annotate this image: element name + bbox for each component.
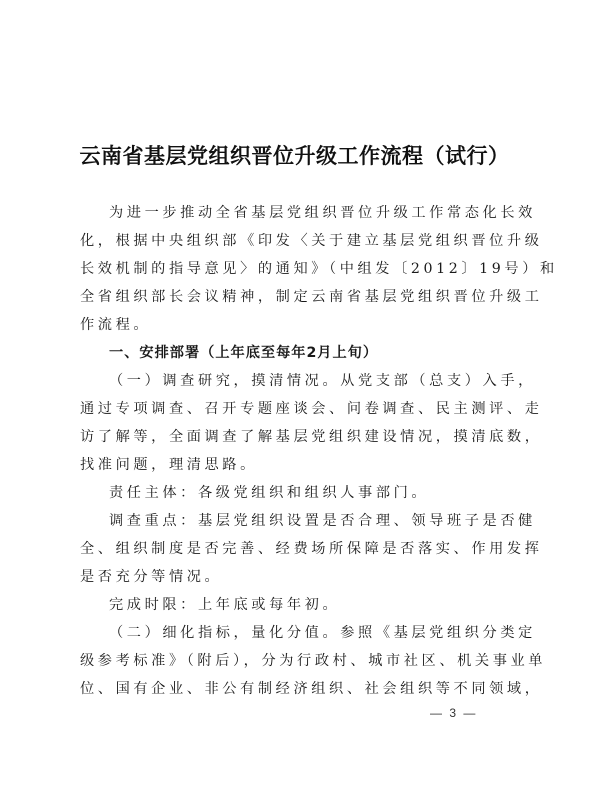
paragraph-line: 作流程。 bbox=[80, 316, 510, 334]
section-heading: 一、安排部署（上年底至每年2月上旬） bbox=[109, 344, 539, 362]
paragraph-line: 化，根据中央组织部《印发〈关于建立基层党组织晋位升级 bbox=[80, 232, 510, 250]
paragraph-line: 级参考标准》（附后），分为行政村、城市社区、机关事业单 bbox=[80, 652, 510, 670]
paragraph-line: 责任主体：各级党组织和组织人事部门。 bbox=[109, 484, 539, 502]
paragraph-line: 全省组织部长会议精神，制定云南省基层党组织晋位升级工 bbox=[80, 288, 510, 306]
paragraph-line: 通过专项调查、召开专题座谈会、问卷调查、民主测评、走 bbox=[80, 400, 510, 418]
paragraph-line: 为进一步推动全省基层党组织晋位升级工作常态化长效 bbox=[109, 204, 539, 222]
paragraph-line: 调查重点：基层党组织设置是否合理、领导班子是否健 bbox=[109, 512, 539, 530]
page-number: — 3 — bbox=[430, 706, 477, 720]
paragraph-line: 位、国有企业、非公有制经济组织、社会组织等不同领域， bbox=[80, 680, 510, 698]
paragraph-line: （一）调查研究，摸清情况。从党支部（总支）入手， bbox=[109, 372, 539, 390]
paragraph-line: 找准问题，理清思路。 bbox=[80, 456, 510, 474]
paragraph-line: 长效机制的指导意见〉的通知》（中组发〔2012〕19号）和 bbox=[80, 260, 510, 278]
paragraph-line: （二）细化指标，量化分值。参照《基层党组织分类定 bbox=[109, 624, 539, 642]
paragraph-line: 访了解等，全面调查了解基层党组织建设情况，摸清底数， bbox=[80, 428, 510, 446]
paragraph-line: 完成时限：上年底或每年初。 bbox=[109, 596, 539, 614]
document-title: 云南省基层党组织晋位升级工作流程（试行） bbox=[0, 140, 589, 170]
paragraph-line: 是否充分等情况。 bbox=[80, 568, 510, 586]
paragraph-line: 全、组织制度是否完善、经费场所保障是否落实、作用发挥 bbox=[80, 540, 510, 558]
